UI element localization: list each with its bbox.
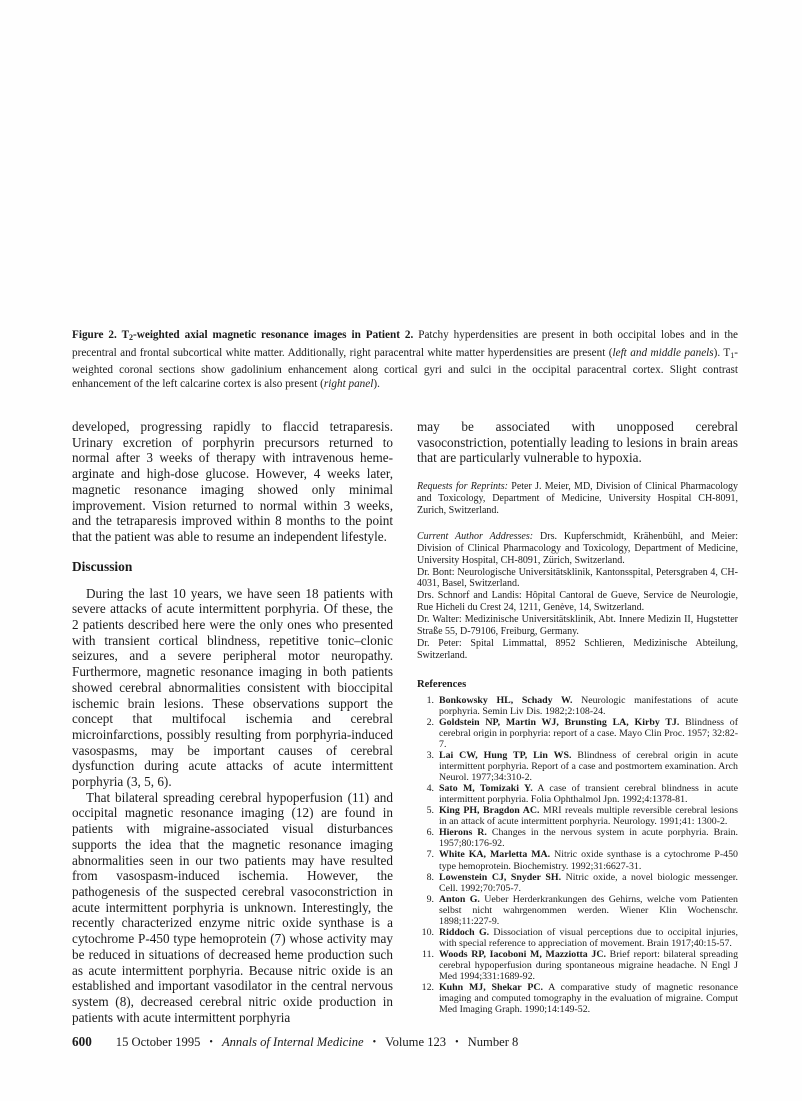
discussion-paragraph-1: During the last 10 years, we have seen 1… [72,586,393,790]
address-entry: Dr. Bont: Neurologische Universitätsklin… [417,567,738,591]
reference-item: 2.Goldstein NP, Martin WJ, Brunsting LA,… [417,717,738,750]
reference-authors: Kuhn MJ, Shekar PC. [439,982,543,993]
reference-authors: Riddoch G. [439,927,489,938]
reference-authors: Woods RP, Iacoboni M, Mazziotta JC. [439,949,606,960]
reference-citation: Ueber Herderkrankungen des Gehirns, welc… [439,894,738,927]
reference-item: 10.Riddoch G. Dissociation of visual per… [417,927,738,949]
right-column: may be associated with unopposed cerebra… [417,419,738,1025]
figure-caption-bold-cont: -weighted axial magnetic resonance image… [133,329,413,341]
address-entry: Current Author Addresses: Drs. Kupfersch… [417,531,738,567]
figure-caption-italic-1: left and middle panels [613,347,714,359]
reference-number: 12. [417,982,434,993]
reference-number: 11. [417,949,434,960]
reference-item: 8.Lowenstein CJ, Snyder SH. Nitric oxide… [417,872,738,894]
reference-text: Bonkowsky HL, Schady W. Neurologic manif… [439,695,738,717]
footer-issue: Number 8 [468,1035,519,1050]
reference-text: White KA, Marletta MA. Nitric oxide synt… [439,849,738,871]
journal-page: Figure 2. T2-weighted axial magnetic res… [0,0,802,1101]
footer-separator-icon: • [209,1037,213,1048]
reference-authors: Anton G. [439,894,480,905]
references-heading: References [417,679,738,690]
reference-authors: Goldstein NP, Martin WJ, Brunsting LA, K… [439,717,679,728]
reference-number: 4. [417,783,434,794]
footer-separator-icon: • [373,1037,377,1048]
reference-authors: King PH, Bragdon AC. [439,805,539,816]
reference-item: 9.Anton G. Ueber Herderkrankungen des Ge… [417,894,738,927]
discussion-heading: Discussion [72,559,393,575]
addresses-label: Current Author Addresses: [417,531,533,542]
reference-number: 10. [417,927,434,938]
address-entry: Drs. Schnorf and Landis: Hôpital Cantora… [417,590,738,614]
reprints-label: Requests for Reprints: [417,481,508,492]
reference-authors: Sato M, Tomizaki Y. [439,783,533,794]
reference-text: Goldstein NP, Martin WJ, Brunsting LA, K… [439,717,738,750]
reference-number: 7. [417,849,434,860]
reference-authors: White KA, Marletta MA. [439,849,550,860]
two-column-body: developed, progressing rapidly to flacci… [72,419,738,1025]
reference-item: 7.White KA, Marletta MA. Nitric oxide sy… [417,849,738,871]
address-entry: Dr. Walter: Medizinische Universitätskli… [417,614,738,638]
footer-volume: Volume 123 [385,1035,446,1050]
reference-item: 11.Woods RP, Iacoboni M, Mazziotta JC. B… [417,949,738,982]
figure-caption-text-2: ). T [714,347,731,359]
reference-number: 9. [417,894,434,905]
figure-caption: Figure 2. T2-weighted axial magnetic res… [72,328,738,392]
reference-text: Riddoch G. Dissociation of visual percep… [439,927,738,949]
footer-separator-icon: • [455,1037,459,1048]
reference-item: 5.King PH, Bragdon AC. MRI reveals multi… [417,805,738,827]
reference-text: Kuhn MJ, Shekar PC. A comparative study … [439,982,738,1015]
figure-caption-italic-2: right panel [324,378,373,390]
reference-text: Lowenstein CJ, Snyder SH. Nitric oxide, … [439,872,738,894]
reference-text: Hierons R. Changes in the nervous system… [439,827,738,849]
reference-item: 4.Sato M, Tomizaki Y. A case of transien… [417,783,738,805]
reference-number: 3. [417,750,434,761]
footer-journal-title: Annals of Internal Medicine [222,1035,364,1050]
body-paragraph-continuation-right: may be associated with unopposed cerebra… [417,419,738,466]
page-number: 600 [72,1034,92,1050]
figure-caption-text-4: ). [373,378,380,390]
address-entry: Dr. Peter: Spital Limmattal, 8952 Schlie… [417,638,738,662]
left-column: developed, progressing rapidly to flacci… [72,419,393,1025]
reference-number: 6. [417,827,434,838]
reference-item: 1.Bonkowsky HL, Schady W. Neurologic man… [417,695,738,717]
reference-item: 12.Kuhn MJ, Shekar PC. A comparative stu… [417,982,738,1015]
references-list: 1.Bonkowsky HL, Schady W. Neurologic man… [417,695,738,1015]
discussion-paragraph-2: That bilateral spreading cerebral hypope… [72,790,393,1026]
reference-item: 6.Hierons R. Changes in the nervous syst… [417,827,738,849]
reference-number: 2. [417,717,434,728]
reference-number: 5. [417,805,434,816]
reference-text: King PH, Bragdon AC. MRI reveals multipl… [439,805,738,827]
body-paragraph-continuation-left: developed, progressing rapidly to flacci… [72,419,393,545]
reference-text: Sato M, Tomizaki Y. A case of transient … [439,783,738,805]
reference-text: Woods RP, Iacoboni M, Mazziotta JC. Brie… [439,949,738,982]
reference-authors: Bonkowsky HL, Schady W. [439,695,572,706]
reference-number: 8. [417,872,434,883]
figure-caption-bold: Figure 2. T [72,329,129,341]
reference-authors: Hierons R. [439,827,487,838]
page-footer: 600 15 October 1995 • Annals of Internal… [72,1034,738,1050]
reference-number: 1. [417,695,434,706]
reference-authors: Lowenstein CJ, Snyder SH. [439,872,561,883]
reference-authors: Lai CW, Hung TP, Lin WS. [439,750,571,761]
reference-text: Lai CW, Hung TP, Lin WS. Blindness of ce… [439,750,738,783]
footer-date: 15 October 1995 [116,1035,201,1050]
reprints-paragraph: Requests for Reprints: Peter J. Meier, M… [417,481,738,517]
author-addresses: Current Author Addresses: Drs. Kupfersch… [417,531,738,662]
reference-item: 3.Lai CW, Hung TP, Lin WS. Blindness of … [417,750,738,783]
reference-text: Anton G. Ueber Herderkrankungen des Gehi… [439,894,738,927]
